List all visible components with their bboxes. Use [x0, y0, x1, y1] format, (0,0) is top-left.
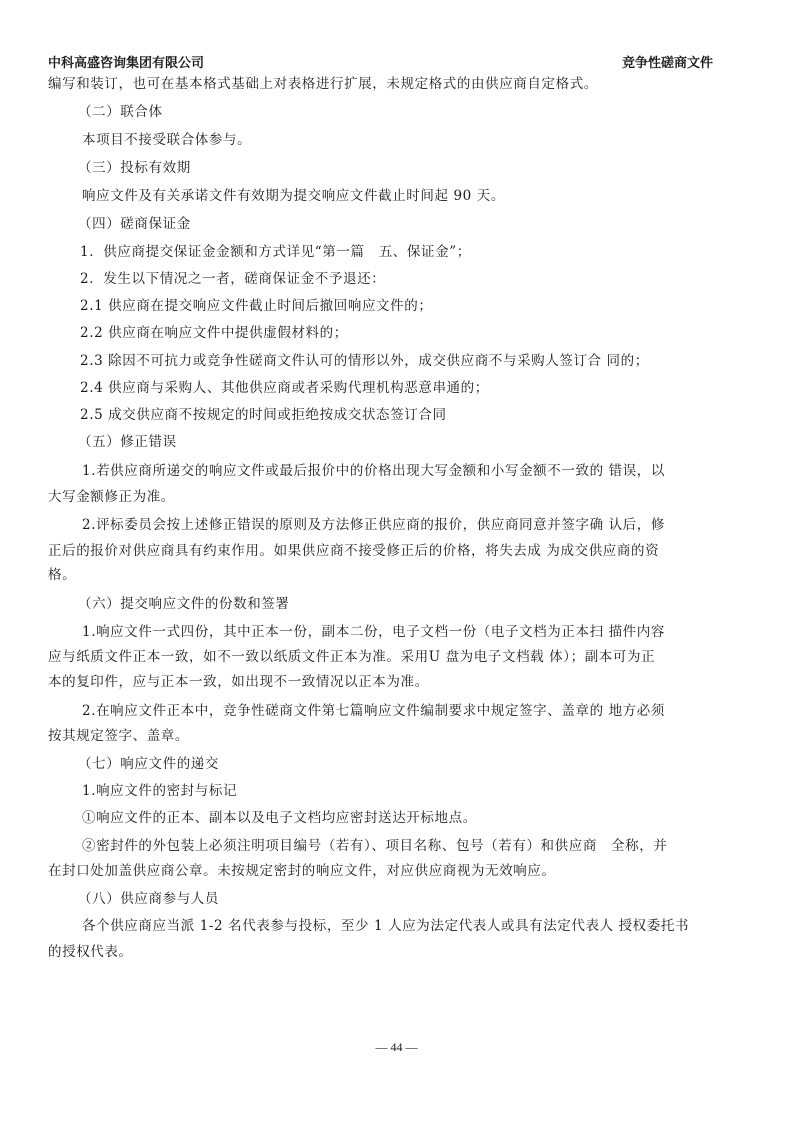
text-line: 2．发生以下情况之一者，磋商保证金不予退还： [80, 267, 385, 287]
text-line: 2.5 成交供应商不按规定的时间或拒绝按成交状态签订合同 [80, 403, 447, 423]
text-line: 2.2 供应商在响应文件中提供虚假材料的； [80, 321, 348, 341]
text-line: 各个供应商应当派 1-2 名代表参与投标，至少 1 人应为法定代表人或具有法定代… [82, 914, 689, 934]
text-line: （八）供应商参与人员 [78, 887, 219, 907]
text-line: 格。 [48, 563, 76, 583]
text-line: 2.4 供应商与采购人、其他供应商或者采购代理机构恶意串通的； [80, 376, 489, 396]
text-line: 2.3 除因不可抗力或竞争性磋商文件认可的情形以外，成交供应商不与采购人签订合 … [80, 349, 649, 369]
text-line: ②密封件的外包装上必须注明项目编号（若有）、项目名称、包号（若有）和供应商 全称… [82, 834, 667, 854]
text-line: 编写和装订，也可在基本格式基础上对表格进行扩展，未规定格式的由供应商自定格式。 [48, 72, 598, 92]
text-line: （二）联合体 [78, 100, 163, 120]
text-line: （五）修正错误 [78, 430, 177, 450]
text-line: （四）磋商保证金 [78, 212, 191, 232]
text-line: （七）响应文件的递交 [78, 752, 219, 772]
text-line: 本的复印件，应与正本一致，如出现不一致情况以正本为准。 [48, 670, 429, 690]
company-name: 中科高盛咨询集团有限公司 [48, 52, 204, 71]
text-line: 本项目不接受联合体参与。 [82, 128, 251, 148]
text-line: 2.在响应文件正本中，竞争性磋商文件第七篇响应文件编制要求中规定签字、盖章的 地… [82, 699, 665, 719]
text-line: （六）提交响应文件的份数和签署 [78, 592, 290, 612]
text-line: 1.若供应商所递交的响应文件或最后报价中的价格出现大写金额和小写金额不一致的 错… [82, 459, 665, 479]
text-line: （三）投标有效期 [78, 156, 191, 176]
text-line: 1.响应文件的密封与标记 [82, 779, 237, 799]
text-line: 1.响应文件一式四份，其中正本一份，副本二份，电子文档一份（电子文档为正本扫 描… [82, 620, 665, 640]
text-line: 应与纸质文件正本一致，如不一致以纸质文件正本为准。采用U 盘为电子文档载 体）；… [48, 645, 655, 665]
page-header: 中科高盛咨询集团有限公司 竞争性磋商文件 [48, 52, 713, 68]
text-line: 大写金额修正为准。 [48, 485, 175, 505]
text-line: 正后的报价对供应商具有约束作用。如果供应商不接受修正后的价格，将失去成 为成交供… [48, 539, 659, 559]
text-line: 的授权代表。 [48, 940, 133, 960]
text-line: 2.1 供应商在提交响应文件截止时间后撤回响应文件的； [80, 294, 432, 314]
text-line: ①响应文件的正本、副本以及电子文档均应密封送达开标地点。 [82, 806, 477, 826]
text-line: 在封口处加盖供应商公章。未按规定密封的响应文件，对应供应商视为无效响应。 [48, 859, 556, 879]
text-line: 1．供应商提交保证金金额和方式详见“第一篇 五、保证金”； [80, 240, 471, 260]
text-line: 2.评标委员会按上述修正错误的原则及方法修正供应商的报价，供应商同意并签字确 认… [82, 513, 665, 533]
document-type: 竞争性磋商文件 [622, 52, 713, 71]
page-number: — 44 — [0, 1040, 793, 1055]
text-line: 按其规定签字、盖章。 [48, 724, 189, 744]
text-line: 响应文件及有关承诺文件有效期为提交响应文件截止时间起 90 天。 [82, 184, 505, 204]
